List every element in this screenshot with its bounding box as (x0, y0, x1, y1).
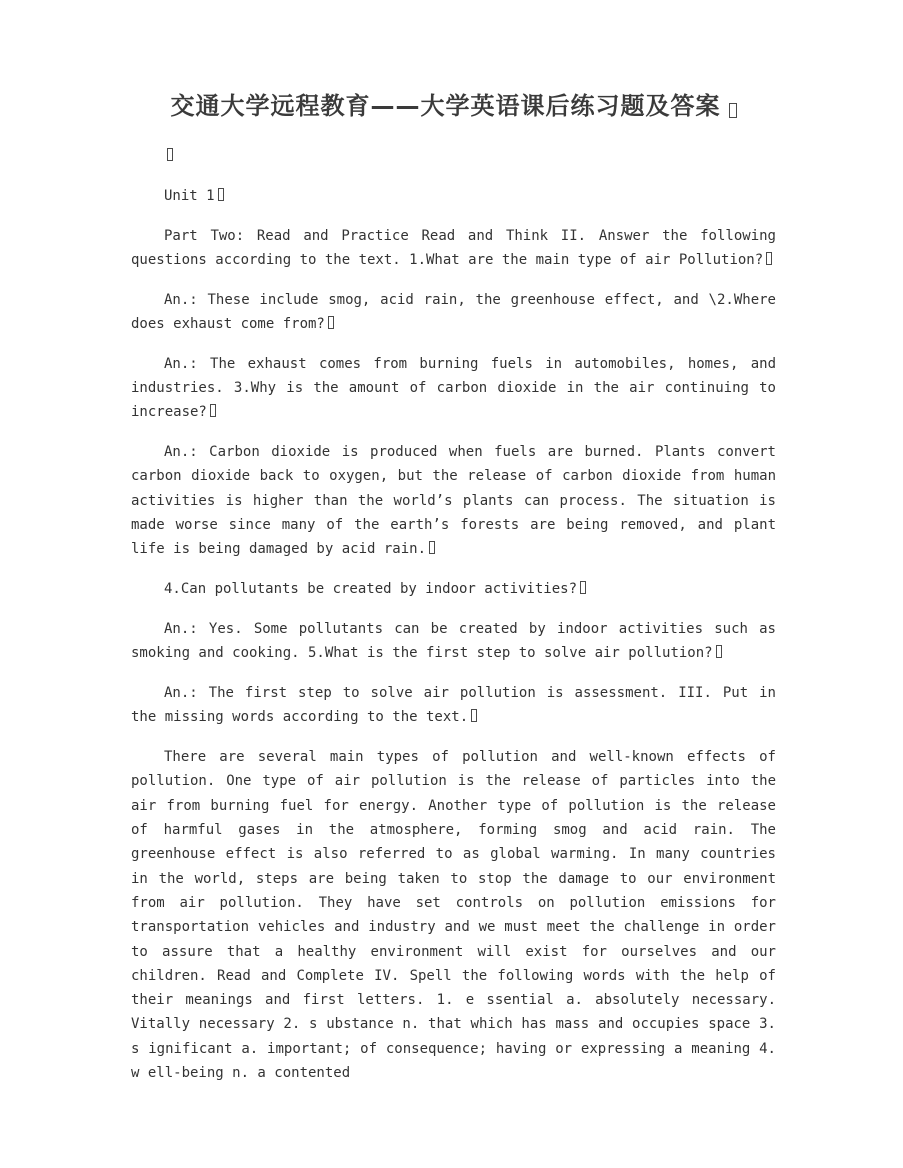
placeholder-box-glyph (210, 404, 216, 417)
paragraph: There are several main types of pollutio… (131, 745, 776, 1085)
placeholder-box-glyph (729, 103, 737, 118)
placeholder-box-glyph (167, 148, 173, 161)
placeholder-box-glyph (471, 709, 477, 722)
paragraph: 4.Can pollutants be created by indoor ac… (131, 577, 776, 601)
placeholder-box-glyph (716, 645, 722, 658)
paragraph: An.: These include smog, acid rain, the … (131, 288, 776, 337)
paragraph: An.: The exhaust comes from burning fuel… (131, 352, 776, 425)
document-title: 交通大学远程教育——大学英语课后练习题及答案 (131, 90, 776, 122)
paragraph: Part Two: Read and Practice Read and Thi… (131, 224, 776, 273)
placeholder-box-glyph (328, 316, 334, 329)
placeholder-box-glyph (766, 252, 772, 265)
paragraph: An.: Yes. Some pollutants can be created… (131, 617, 776, 666)
paragraph (131, 144, 776, 168)
placeholder-box-glyph (429, 541, 435, 554)
paragraph: Unit 1 (131, 184, 776, 208)
paragraph: An.: Carbon dioxide is produced when fue… (131, 440, 776, 561)
document-page: 交通大学远程教育——大学英语课后练习题及答案 Unit 1Part Two: R… (0, 0, 903, 1168)
document-title-text: 交通大学远程教育——大学英语课后练习题及答案 (171, 92, 737, 120)
paragraph: An.: The first step to solve air polluti… (131, 681, 776, 730)
placeholder-box-glyph (218, 188, 224, 201)
document-body: Unit 1Part Two: Read and Practice Read a… (131, 144, 776, 1085)
placeholder-box-glyph (580, 581, 586, 594)
